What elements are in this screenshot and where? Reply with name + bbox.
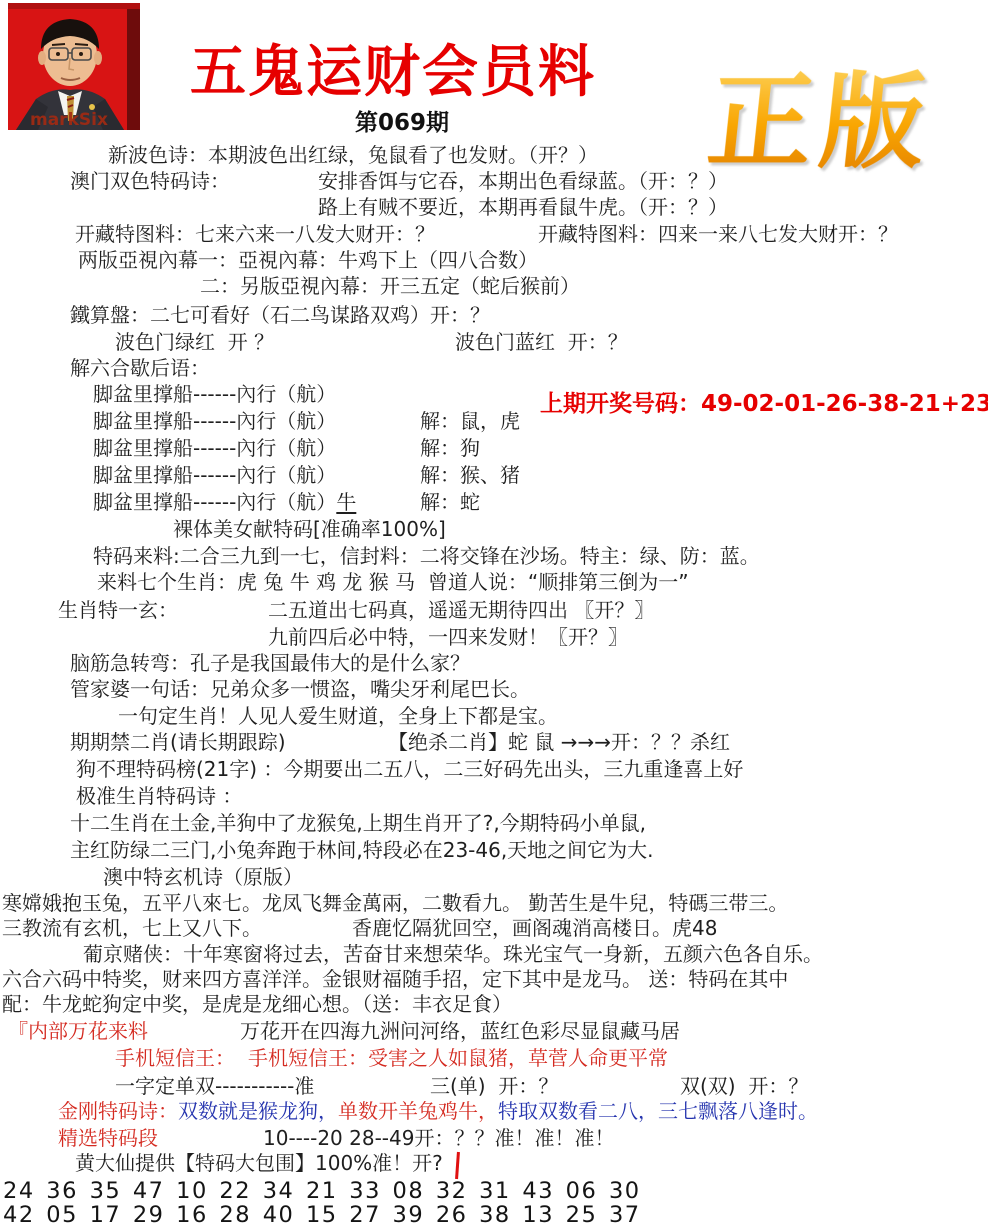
riddle-2: 脚盆里撑船------內行（航）解：鼠，虎 <box>93 410 336 433</box>
text-segment: 万花开在四海九洲问河络，蓝红色彩尽显鼠藏马居 <box>240 1020 680 1043</box>
text-segment: 期期禁二肖(请长期跟踪) <box>70 730 286 754</box>
accurate-zodiac-poem-2: 主红防绿二三门,小兔奔跑于林间,特段必在23-46,天地之间它为大. <box>70 839 654 862</box>
aozhong-poem-2: 三教流有玄机，七上又八下。香鹿忆隔犹回空，画阁魂消高楼日。虎48 <box>2 917 262 940</box>
text-segment: 鐵算盤：二七可看好（石二鸟谋路双鸡）开：？ <box>70 303 490 327</box>
odd-even-line: 一字定单双-----------准三(单) 开：？双(双) 开：？ <box>115 1075 314 1098</box>
atv-insider-1: 两版亞視內幕一：亞視內幕：牛鸡下上（四八合数） <box>78 249 538 272</box>
hidden-chart-line: 开藏特图料：七来六来一八发大财开：？开藏特图料：四来一来八七发大财开：？ <box>75 223 435 246</box>
text-segment: 安排香饵与它吞，本期出色看绿蓝。（开：？） <box>318 170 728 193</box>
issue-number: 第069期 <box>355 104 449 137</box>
sms-king: 手机短信王：手机短信王：受害之人如鼠猪，草菅人命更平常 <box>115 1047 235 1070</box>
tipster-photo: markSix <box>8 3 140 130</box>
brain-teaser: 脑筋急转弯：孔子是我国最伟大的是什么家？ <box>70 652 470 675</box>
numbers-row2: 42 05 17 29 16 28 40 15 27 39 26 38 13 2… <box>3 1202 641 1228</box>
page: markSix 五鬼运财会员料 第069期 正版 新波色诗：本期波色出红绿，兔鼠… <box>0 0 988 1231</box>
edition-badge: 正版 <box>702 38 942 188</box>
new-bose-poem: 新波色诗：本期波色出红绿，兔鼠看了也发财。（开？） <box>108 144 598 167</box>
text-segment: 九前四后必中特，一四来发财！〖开？〗 <box>268 625 628 649</box>
text-segment: 双数就是猴龙狗， <box>178 1099 338 1123</box>
text-segment: 极准生肖特码诗 ： <box>76 784 242 808</box>
red-tick-mark <box>455 1152 460 1179</box>
text-segment: 解：狗 <box>420 437 480 460</box>
text-segment: 解：猴、猪 <box>420 464 520 487</box>
text-segment: 澳中特玄机诗（原版） <box>103 865 303 889</box>
text-segment: 来料七个生肖：虎 兔 牛 鸡 龙 猴 马 曾道人说：“顺排第三倒为一” <box>97 570 689 594</box>
text-segment: 【绝杀二肖】蛇 鼠 →→→开：？？ <box>388 731 691 754</box>
one-sentence-zodiac: 一句定生肖！人见人爱生财道，全身上下都是宝。 <box>118 705 558 728</box>
text-segment: 解：鼠，虎 <box>420 410 520 433</box>
accurate-zodiac-poem-header: 极准生肖特码诗 ： <box>76 785 242 808</box>
text-segment: 狗不理特码榜(21字) ：今期要出二五八，二三好码先出头，三九重逢喜上好 <box>76 757 743 781</box>
text-segment: 一字定单双-----------准 <box>115 1074 314 1098</box>
text-segment: 脚盆里撑船------內行（航） <box>93 436 336 460</box>
text-segment: 新波色诗：本期波色出红绿，兔鼠看了也发财。（开？） <box>108 143 598 167</box>
aozhong-poem-1: 寒嫦娥抱玉兔，五平八來七。龙凤飞舞金萬兩，二數看九。 勤苦生是牛兒，特碼三带三。 <box>2 892 788 915</box>
bose-doors: 波色门绿红 开 ？波色门蓝红 开：？ <box>115 331 274 354</box>
numbers-row1: 24 36 35 47 10 22 34 21 33 08 32 31 43 0… <box>3 1178 641 1204</box>
text-segment: 脚盆里撑船------內行（航） <box>93 409 336 433</box>
text-segment: 香鹿忆隔犹回空，画阁魂消高楼日。虎48 <box>352 917 717 940</box>
selected-segment: 精选特码段10----20 28--49开：？？准！准！准！ <box>58 1127 158 1150</box>
text-segment: 路上有贼不要近，本期再看鼠牛虎。（开：？） <box>318 195 728 219</box>
text-segment: 解：蛇 <box>420 491 486 514</box>
text-segment: 脚盆里撑船------內行（航） <box>93 382 336 406</box>
seven-zodiacs: 来料七个生肖：虎 兔 牛 鸡 龙 猴 马 曾道人说：“顺排第三倒为一” <box>97 571 689 594</box>
text-segment: 特取双数看二八，三七飘落八逢时。 <box>498 1099 818 1123</box>
text-segment: 波色门绿红 开 ？ <box>115 330 274 354</box>
banned-two-zodiacs: 期期禁二肖(请长期跟踪)【绝杀二肖】蛇 鼠 →→→开：？？杀红 <box>70 731 286 754</box>
text-segment: 两版亞視內幕一：亞視內幕：牛鸡下上（四八合数） <box>78 248 538 272</box>
text-segment: 牛 <box>336 490 356 514</box>
text-segment: 二：另版亞視內幕：开三五定（蛇后猴前） <box>200 274 580 298</box>
housekeeper-saying: 管家婆一句话：兄弟众多一惯盗，嘴尖牙利尾巴长。 <box>70 678 530 701</box>
text-segment: 生肖特一玄： <box>58 598 178 622</box>
text-segment: 脚盆里撑船------內行（航） <box>93 463 336 487</box>
king-kong-poem: 金刚特码诗：双数就是猴龙狗，单数开羊兔鸡牛，特取双数看二八，三七飘落八逢时。 <box>58 1100 818 1123</box>
goubuli-board: 狗不理特码榜(21字) ：今期要出二五八，二三好码先出头，三九重逢喜上好 <box>76 758 743 781</box>
pujing-gambler-2: 六合六码中特奖，财来四方喜洋洋。金银财福随手招，定下其中是龙马。 送：特码在其中 <box>2 968 788 991</box>
text-segment: 一句定生肖！人见人爱生财道，全身上下都是宝。 <box>118 704 558 728</box>
text-segment: 双(双) 开：？ <box>680 1075 808 1098</box>
zodiac-mystery-2: 九前四后必中特，一四来发财！〖开？〗 <box>268 626 628 649</box>
pujing-gambler-3: 配：牛龙蛇狗定中奖，是虎是龙细心想。（送：丰衣足食） <box>2 993 512 1016</box>
text-segment: 配：牛龙蛇狗定中奖，是虎是龙细心想。（送：丰衣足食） <box>2 992 512 1016</box>
text-segment: 葡京赌侠：十年寒窗将过去，苦奋甘来想荣华。珠光宝气一身新，五颜六色各自乐。 <box>83 942 823 966</box>
photo-caption: markSix <box>30 110 108 130</box>
text-segment: 脚盆里撑船------內行（航） <box>93 490 336 514</box>
riddle-4: 脚盆里撑船------內行（航）解：猴、猪 <box>93 464 336 487</box>
text-segment: 波色门蓝红 开：？ <box>455 331 628 354</box>
text-segment: 金刚特码诗： <box>58 1099 178 1123</box>
beauty-special-code: 裸体美女献特码[准确率100%] <box>173 518 446 541</box>
riddle-3: 脚盆里撑船------內行（航）解：狗 <box>93 437 336 460</box>
text-segment: 裸体美女献特码[准确率100%] <box>173 517 446 541</box>
text-segment: 寒嫦娥抱玉兔，五平八來七。龙凤飞舞金萬兩，二數看九。 勤苦生是牛兒，特碼三带三。 <box>2 891 788 915</box>
text-segment: 六合六码中特奖，财来四方喜洋洋。金银财福随手招，定下其中是龙马。 送：特码在其中 <box>2 967 788 991</box>
riddle-1: 脚盆里撑船------內行（航） <box>93 383 336 406</box>
text-segment: 『内部万花来料 <box>8 1019 148 1043</box>
macau-double-color-poem: 澳门双色特码诗：安排香饵与它吞，本期出色看绿蓝。（开：？） <box>70 170 230 193</box>
aozhong-poem-header: 澳中特玄机诗（原版） <box>103 866 303 889</box>
text-segment: 黄大仙提供【特码大包围】100%准！开? <box>75 1151 443 1175</box>
text-segment: 解六合歇后语： <box>70 356 210 380</box>
text-segment: 管家婆一句话：兄弟众多一惯盗，嘴尖牙利尾巴长。 <box>70 677 530 701</box>
text-segment: 主红防绿二三门,小兔奔跑于林间,特段必在23-46,天地之间它为大. <box>70 838 654 862</box>
text-segment: 手机短信王：受害之人如鼠猪，草菅人命更平常 <box>248 1047 668 1070</box>
portrait-image: markSix <box>8 3 140 130</box>
text-segment: 澳门双色特码诗： <box>70 169 230 193</box>
text-segment: 三教流有玄机，七上又八下。 <box>2 916 262 940</box>
text-segment: 开藏特图料：七来六来一八发大财开：？ <box>75 222 435 246</box>
pujing-gambler-1: 葡京赌侠：十年寒窗将过去，苦奋甘来想荣华。珠光宝气一身新，五颜六色各自乐。 <box>83 943 823 966</box>
text-segment: 二五道出七码真，遥遥无期待四出 〖开？〗 <box>268 599 654 622</box>
page-title: 五鬼运财会员料 <box>190 28 596 108</box>
special-code-material: 特码来料:二合三九到一七，信封料：二将交锋在沙场。特主：绿、防：蓝。 <box>93 545 760 568</box>
internal-wanhua: 『内部万花来料万花开在四海九洲问河络，蓝红色彩尽显鼠藏马居 <box>8 1020 148 1043</box>
text-segment: 手机短信王： <box>115 1046 235 1070</box>
text-segment: 三(单) 开：？ <box>430 1075 558 1098</box>
text-segment: 特码来料:二合三九到一七，信封料：二将交锋在沙场。特主：绿、防：蓝。 <box>93 544 760 568</box>
riddle-header: 解六合歇后语： <box>70 357 210 380</box>
zodiac-mystery-1: 生肖特一玄：二五道出七码真，遥遥无期待四出 〖开？〗 <box>58 599 178 622</box>
text-segment: 杀红 <box>690 731 730 754</box>
text-segment: 精选特码段 <box>58 1126 158 1150</box>
huang-daxian: 黄大仙提供【特码大包围】100%准！开? <box>75 1152 443 1175</box>
text-segment: 10----20 28--49开：？？准！准！准！ <box>263 1127 614 1150</box>
riddle-5: 脚盆里撑船------內行（航）解：蛇 牛 <box>93 491 356 514</box>
accurate-zodiac-poem-1: 十二生肖在土金,羊狗中了龙猴兔,上期生肖开了?,今期特码小单鼠, <box>70 812 646 835</box>
text-segment: 上期开奖号码：49-02-01-26-38-21+23 <box>540 391 988 417</box>
text-segment: 开藏特图料：四来一来八七发大财开：？ <box>538 223 898 246</box>
text-segment: 脑筋急转弯：孔子是我国最伟大的是什么家？ <box>70 651 470 675</box>
last-draw-numbers: 上期开奖号码：49-02-01-26-38-21+23 <box>540 391 988 417</box>
text-segment: 十二生肖在土金,羊狗中了龙猴兔,上期生肖开了?,今期特码小单鼠, <box>70 811 646 835</box>
iron-abacus: 鐵算盤：二七可看好（石二鸟谋路双鸡）开：？ <box>70 304 490 327</box>
macau-double-color-poem-2: 路上有贼不要近，本期再看鼠牛虎。（开：？） <box>318 196 728 219</box>
atv-insider-2: 二：另版亞視內幕：开三五定（蛇后猴前） <box>200 275 580 298</box>
text-segment: 单数开羊兔鸡牛， <box>338 1099 498 1123</box>
